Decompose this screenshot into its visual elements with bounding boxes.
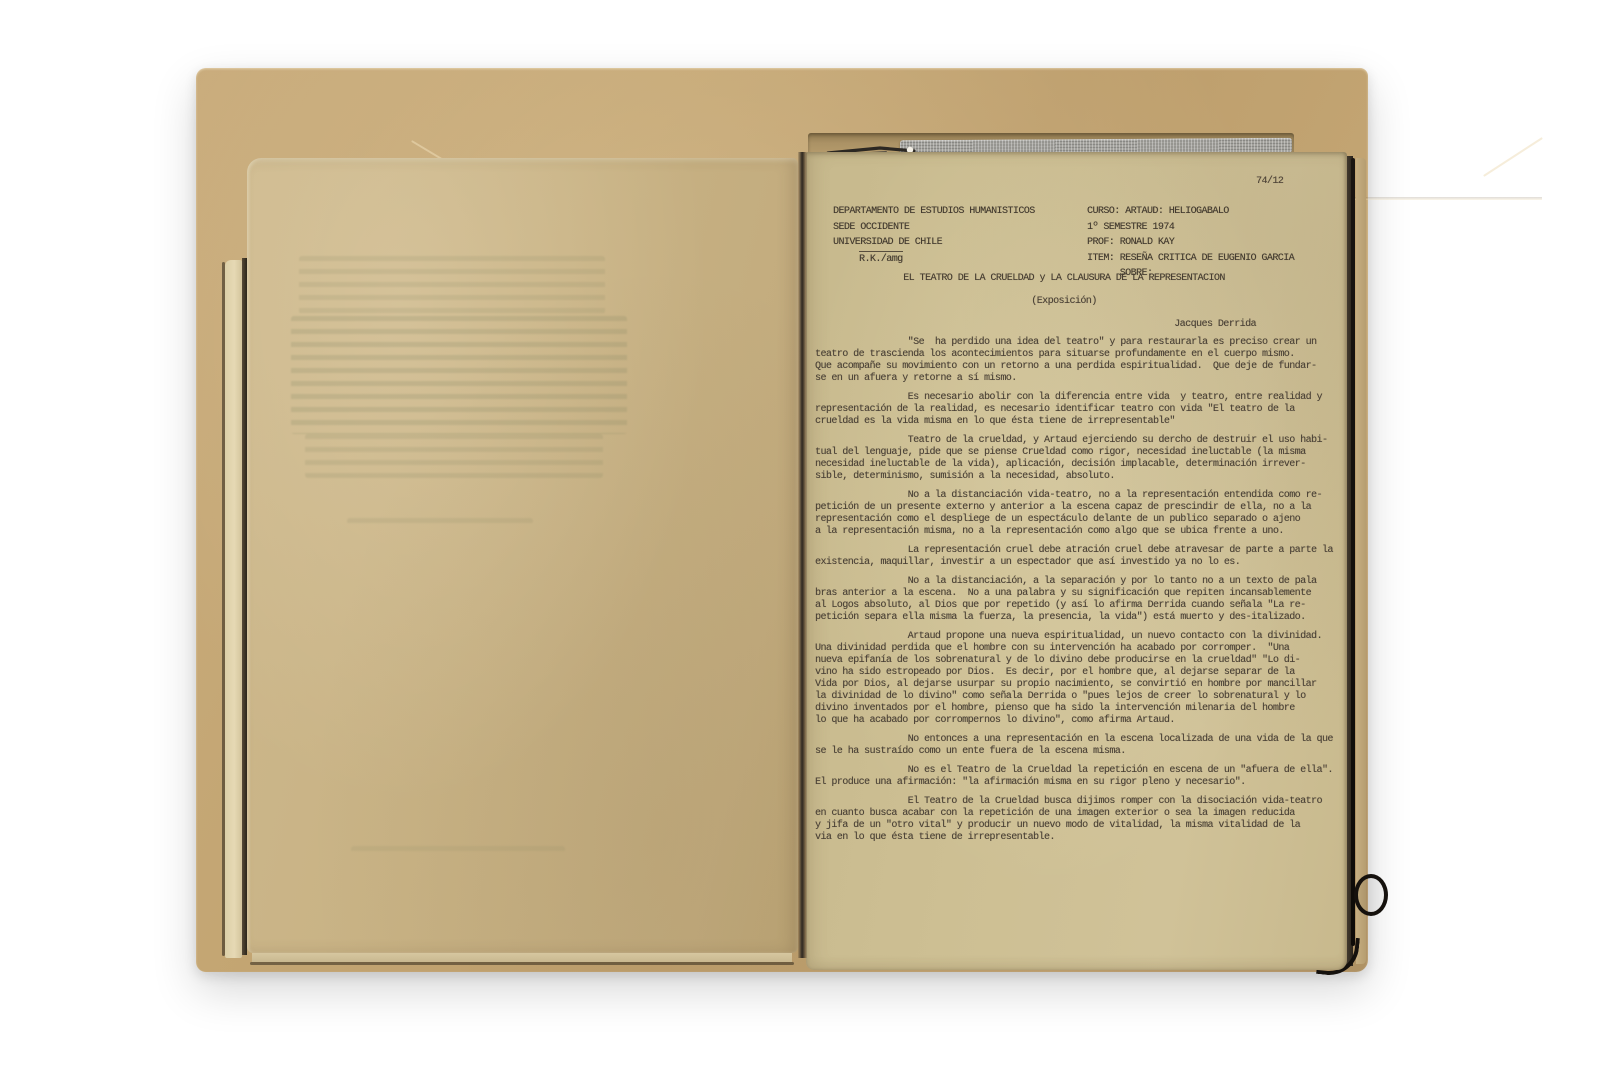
paper-edge-right (1356, 158, 1366, 964)
header-left-block: DEPARTAMENTO DE ESTUDIOS HUMANISTICOSSED… (833, 204, 1073, 267)
typist-initials: R.K./amg (859, 251, 903, 268)
header-left-lines: DEPARTAMENTO DE ESTUDIOS HUMANISTICOSSED… (833, 204, 1073, 251)
bleed-through-text (291, 316, 627, 434)
fold-crease (1483, 137, 1543, 177)
header-line: UNIVERSIDAD DE CHILE (833, 235, 1073, 251)
paragraph: "Se ha perdido una idea del teatro" y pa… (815, 337, 1313, 385)
photo-scene: 74/12 DEPARTAMENTO DE ESTUDIOS HUMANISTI… (0, 0, 1600, 1067)
center-seam (798, 152, 807, 958)
paragraph: No a la distanciación, a la separación y… (815, 576, 1313, 624)
header-line: 1º SEMESTRE 1974 (1087, 220, 1294, 236)
bleed-through-text (305, 434, 603, 478)
paragraph: Artaud propone una nueva espiritualidad,… (815, 631, 1313, 727)
page-stack-edge (225, 260, 242, 958)
under-sheet-shadow (250, 962, 794, 965)
bleed-through-text (299, 256, 605, 314)
paragraph: Teatro de la crueldad, y Artaud ejercien… (815, 435, 1313, 483)
document-text: DEPARTAMENTO DE ESTUDIOS HUMANISTICOSSED… (815, 168, 1313, 851)
paragraph: La representación cruel debe atración cr… (815, 545, 1313, 569)
header-line: SEDE OCCIDENTE (833, 220, 1073, 236)
under-sheet-edge (252, 953, 792, 962)
header-line: DEPARTAMENTO DE ESTUDIOS HUMANISTICOS (833, 204, 1073, 220)
header-line: CURSO: ARTAUD: HELIOGABALO (1087, 204, 1294, 220)
paragraph: No a la distanciación vida-teatro, no a … (815, 490, 1313, 538)
elastic-cord (1351, 158, 1355, 946)
header-initials-row: R.K./amg (833, 251, 1073, 268)
paragraph: Es necesario abolir con la diferencia en… (815, 392, 1313, 428)
left-page-blank (247, 158, 798, 953)
header-right-block: CURSO: ARTAUD: HELIOGABALO1º SEMESTRE 19… (1087, 204, 1294, 282)
header-line: ITEM: RESEÑA CRITICA DE EUGENIO GARCIA (1087, 251, 1294, 267)
paragraph: No entonces a una representación en la e… (815, 734, 1313, 758)
elastic-cord-loop (1354, 874, 1388, 916)
document-body: "Se ha perdido una idea del teatro" y pa… (815, 337, 1313, 844)
document-author: Jacques Derrida (815, 319, 1313, 331)
header-line: PROF: RONALD KAY (1087, 235, 1294, 251)
header-line: SOBRE: (1087, 266, 1294, 282)
paragraph: No es el Teatro de la Crueldad la repeti… (815, 765, 1313, 789)
bleed-through-text (351, 846, 565, 853)
document-header: DEPARTAMENTO DE ESTUDIOS HUMANISTICOSSED… (833, 204, 1313, 267)
paragraph: El Teatro de la Crueldad busca dijimos r… (815, 796, 1313, 844)
bleed-through-text (347, 518, 533, 524)
document-subtitle: (Exposición) (815, 296, 1313, 308)
